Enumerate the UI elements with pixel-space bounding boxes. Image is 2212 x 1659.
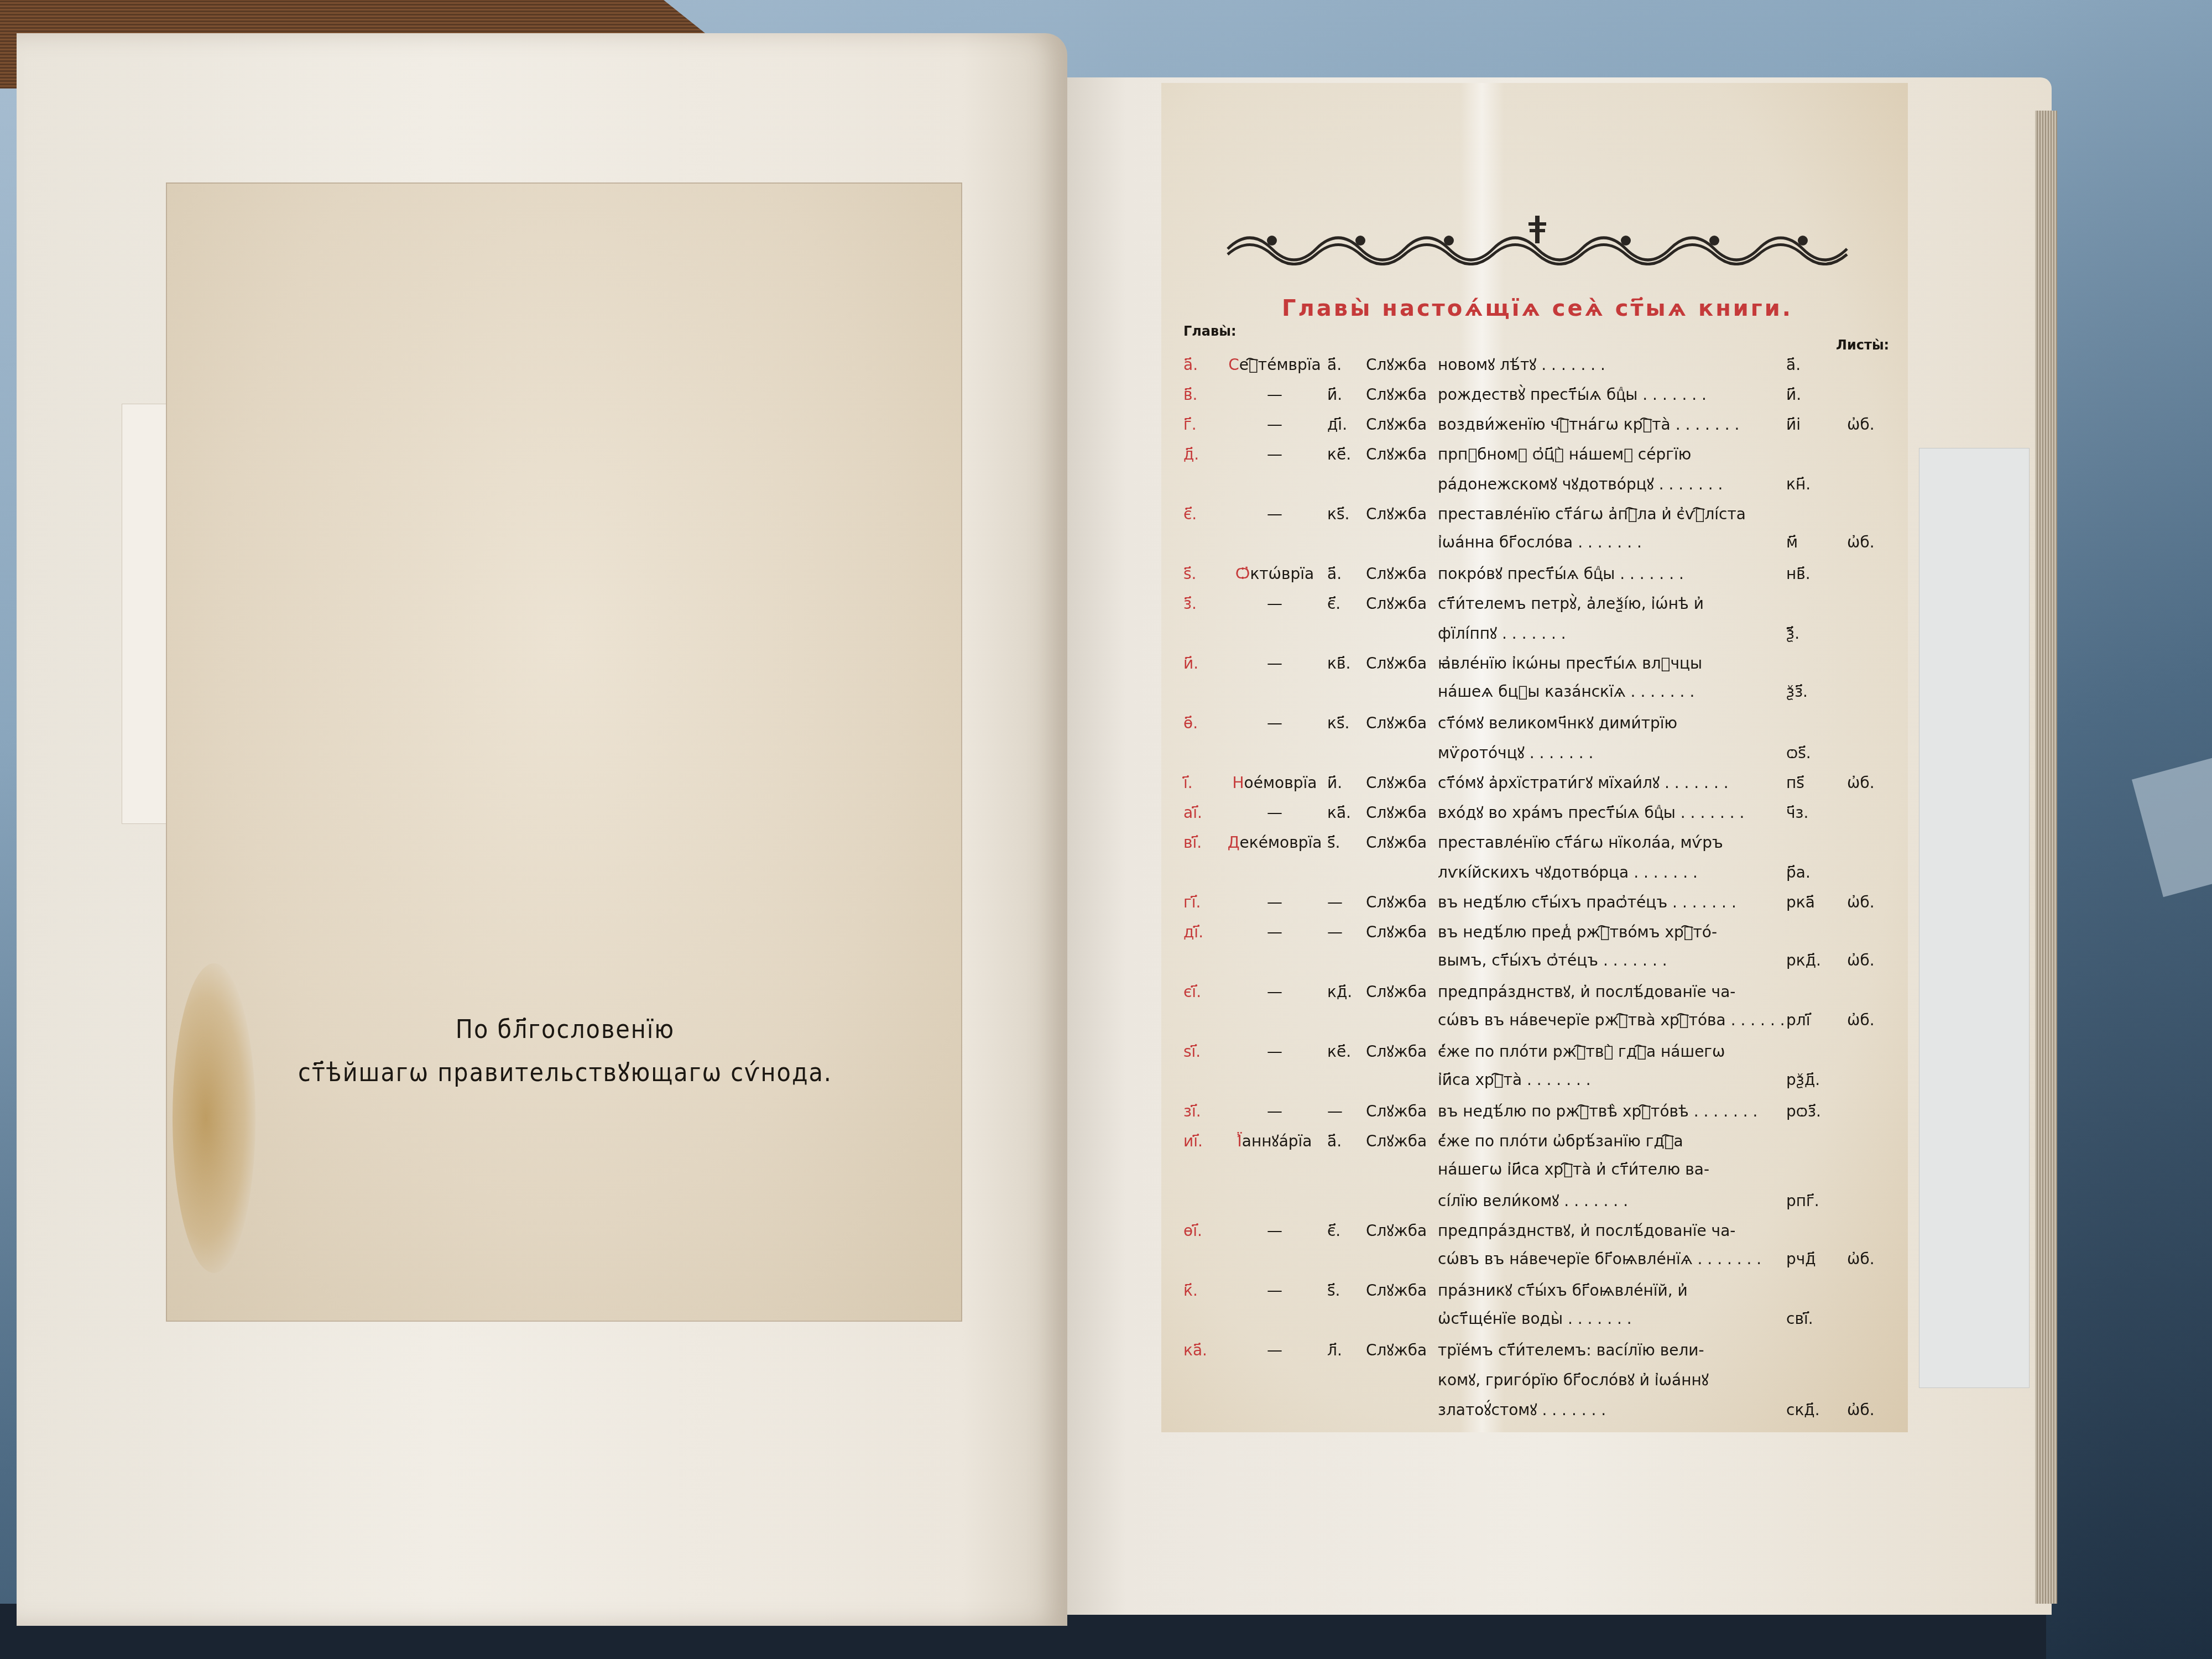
day-number: а҃. xyxy=(1327,1132,1366,1150)
service-title: покро́вꙋ прест҃ы́ѧ бцⷣы . . . . . . . xyxy=(1438,563,1786,584)
service-label: Слꙋжба xyxy=(1366,1130,1438,1151)
day-number: є҃. xyxy=(1327,594,1366,613)
toc-row: ѡ҆ст҃ще́нїе воды̀ . . . . . . . сві҃. xyxy=(1183,1310,1919,1339)
service-title: мѵ̈ροтόчцꙋ . . . . . . . xyxy=(1438,742,1786,763)
chapter-number: ка҃. xyxy=(1183,1341,1222,1359)
verso-mark: ѡ҆б. xyxy=(1847,774,1891,792)
service-title: ст҃и́телемъ петрꙋ̀, а҆леѯі́ю, і҆ѡ́нѣ и҆ xyxy=(1438,593,1786,614)
toc-row: і҆и҃са хрⷭ҇та̀ . . . . . . . рѯд҃. xyxy=(1183,1071,1919,1100)
service-label: Слꙋжба xyxy=(1366,1100,1438,1121)
service-label: Слꙋжба xyxy=(1366,802,1438,823)
service-title: є҆́же по пло́ти ѡ҆брѣ́занїю гдⷭ҇а xyxy=(1438,1132,1786,1150)
service-title: пра́зникꙋ ст҃ы́хъ бг҃оѩвле́нїй, и҆ xyxy=(1438,1280,1786,1301)
toc-row: сѡ́въ въ на́вечерїе ржⷭ҇тва̀ хрⷭ҇то́ва .… xyxy=(1183,1011,1919,1041)
month-name: — xyxy=(1222,983,1327,1001)
service-title: въ недѣ́лю по ржⷭ҇твѣ̀ хрⷭ҇то́вѣ . . . .… xyxy=(1438,1102,1786,1120)
month-name: — xyxy=(1222,654,1327,672)
service-label: Слꙋжба xyxy=(1366,503,1438,524)
month-name: — xyxy=(1222,1042,1327,1061)
service-title: на́шеѧ бцⷣы каза́нскїѧ . . . . . . . xyxy=(1438,682,1786,701)
service-title: комꙋ, григо́рїю бг҃осло́вꙋ и҆ і҆ѡа́ннꙋ xyxy=(1438,1369,1786,1390)
service-title: ꙗ҆вле́нїю і҆кѡ́ны прест҃ы́ѧ влⷣчцы xyxy=(1438,654,1786,672)
toc-row: єі҃. — кд҃. Слꙋжба предпра́зднствꙋ, и҆ п… xyxy=(1183,981,1919,1011)
service-title: фїлі́ппꙋ . . . . . . . xyxy=(1438,623,1786,644)
chapter-number: ѕ҃. xyxy=(1183,565,1222,583)
service-label: Слꙋжба xyxy=(1366,354,1438,375)
chapter-number: єі҃. xyxy=(1183,983,1222,1001)
repair-strip xyxy=(122,404,171,824)
chapter-number: иі҃. xyxy=(1183,1132,1222,1150)
leaf-number: рѯд҃. xyxy=(1786,1071,1847,1089)
month-name: — xyxy=(1222,505,1327,523)
leaf-number: кн҃. xyxy=(1786,475,1847,493)
toc-title: Главы̀ настоѧ́щїѧ сеѧ̀ ст҃ыѧ книги. xyxy=(1217,296,1858,321)
service-label: Слꙋжба xyxy=(1366,832,1438,853)
toc-row: зі҃. — — Слꙋжба въ недѣ́лю по ржⷭ҇твѣ̀ х… xyxy=(1183,1100,1919,1130)
leaf-number: ч҃з. xyxy=(1786,804,1847,822)
toc-row: фїлі́ппꙋ . . . . . . . ѯ҃. xyxy=(1183,623,1919,653)
headpiece-ornament-icon xyxy=(1217,216,1858,265)
month-name: Ное́моврїа xyxy=(1222,774,1327,792)
service-title: вхо́дꙋ во хра́мъ прест҃ы́ѧ бцⷣы . . . . … xyxy=(1438,802,1786,823)
month-name: — xyxy=(1222,714,1327,732)
toc-row: сі́лїю вели́комꙋ . . . . . . . рпг҃. xyxy=(1183,1190,1919,1220)
chapter-number: аі҃. xyxy=(1183,804,1222,822)
day-number: и҃. xyxy=(1327,385,1366,404)
verso-mark: ѡ҆б. xyxy=(1847,1401,1891,1419)
service-label: Слꙋжба xyxy=(1366,772,1438,793)
leaf-number: ѯз҃. xyxy=(1786,682,1847,701)
service-title: прпⷣбномꙋ ѻ҆ц҃ꙋ̀ на́шемꙋ се́ргїю xyxy=(1438,445,1786,463)
chapter-number: а҃. xyxy=(1183,356,1222,374)
service-title: въ недѣ́лю пред̾ ржⷭ҇тво́мъ хрⷭ҇то́- xyxy=(1438,923,1786,941)
verso-mark: ѡ҆б. xyxy=(1847,1011,1891,1029)
month-name: Ѻ҆ктѡ́врїа xyxy=(1222,565,1327,583)
month-name: — xyxy=(1222,415,1327,434)
chapter-number: ді҃. xyxy=(1183,923,1222,941)
toc-row: ѳ҃. — кѕ҃. Слꙋжба ст҃о́мꙋ великомч҃нкꙋ д… xyxy=(1183,712,1919,742)
service-label: Слꙋжба xyxy=(1366,593,1438,614)
service-label: Слꙋжба xyxy=(1366,891,1438,912)
service-title: на́шегѡ і҆и҃са хрⷭ҇та̀ и҆ ст҃и́телю ва- xyxy=(1438,1160,1786,1178)
chapter-number: д҃. xyxy=(1183,445,1222,463)
chapter-number: ѕі҃. xyxy=(1183,1042,1222,1061)
leaf-number: ѻѕ҃. xyxy=(1786,744,1847,762)
chapter-number: в҃. xyxy=(1183,385,1222,404)
toc-row: д҃. — ке҃. Слꙋжба прпⷣбномꙋ ѻ҆ц҃ꙋ̀ на́ше… xyxy=(1183,444,1919,473)
month-name: — xyxy=(1222,445,1327,463)
toc-row: ві҃. Деке́моврїа ѕ҃. Слꙋжба преставле́нї… xyxy=(1183,832,1919,862)
toc-row: і҆ѡа́нна бг҃осло́ва . . . . . . . м҃ ѡ҆б… xyxy=(1183,533,1919,563)
verso-mark: ѡ҆б. xyxy=(1847,893,1891,911)
day-number: ке҃. xyxy=(1327,1042,1366,1061)
service-label: Слꙋжба xyxy=(1366,563,1438,584)
service-title: воздви́женїю чⷭ҇тна́гѡ крⷭ҇та̀ . . . . .… xyxy=(1438,415,1786,434)
service-title: є҆́же по пло́ти ржⷭ҇твꙋ̀ гдⷭ҇а на́шегѡ xyxy=(1438,1042,1786,1061)
service-title: трїе́мъ ст҃и́телемъ: васі́лїю вели- xyxy=(1438,1341,1786,1359)
leaf-number: м҃ xyxy=(1786,533,1847,551)
day-number: кѕ҃. xyxy=(1327,505,1366,523)
toc-row: г҃. — дı҃. Слꙋжба воздви́женїю чⷭ҇тна́гѡ… xyxy=(1183,414,1919,444)
toc-row: і҃. Ное́моврїа и҃. Слꙋжба ст҃о́мꙋ а҆рхїс… xyxy=(1183,772,1919,802)
chapter-number: и҃. xyxy=(1183,654,1222,672)
verso-mark: ѡ҆б. xyxy=(1847,533,1891,551)
month-name: — xyxy=(1222,1102,1327,1120)
chapter-number: з҃. xyxy=(1183,594,1222,613)
day-number: л҃. xyxy=(1327,1341,1366,1359)
leaf-number: р҃а. xyxy=(1786,863,1847,881)
service-title: рождествꙋ̀ прест҃ы́ѧ бцⷣы . . . . . . . xyxy=(1438,384,1786,405)
chapters-column-header: Главы̀: xyxy=(1183,324,1237,339)
service-label: Слꙋжба xyxy=(1366,653,1438,674)
chapter-number: є҃. xyxy=(1183,505,1222,523)
toc-row: гі҃. — — Слꙋжба въ недѣ́лю ст҃ы́хъ праѻ҆… xyxy=(1183,891,1919,921)
toc-row: и҃. — кв҃. Слꙋжба ꙗ҆вле́нїю і҆кѡ́ны прес… xyxy=(1183,653,1919,682)
toc-row: комꙋ, григо́рїю бг҃осло́вꙋ и҆ і҆ѡа́ннꙋ xyxy=(1183,1369,1919,1399)
month-name: — xyxy=(1222,594,1327,613)
service-label: Слꙋжба xyxy=(1366,1220,1438,1241)
month-name: — xyxy=(1222,1222,1327,1240)
day-number: кв҃. xyxy=(1327,654,1366,672)
service-label: Слꙋжба xyxy=(1366,712,1438,733)
blessing-text: По бл҃гословенїю ст҃ѣйшагѡ правительствꙋ… xyxy=(167,1008,963,1094)
toc-row: ра́донежскомꙋ чꙋдотво́рцꙋ . . . . . . . … xyxy=(1183,473,1919,503)
day-number: ѕ҃. xyxy=(1327,833,1366,852)
leaves-column-header: Листы̀: xyxy=(1836,337,1889,353)
day-number: ке҃. xyxy=(1327,445,1366,463)
service-title: въ недѣ́лю ст҃ы́хъ праѻ҆те́цъ . . . . . … xyxy=(1438,893,1786,911)
leaf-number: и҃і xyxy=(1786,415,1847,434)
blessing-line-2: ст҃ѣйшагѡ правительствꙋющагѡ сѵ́нода. xyxy=(167,1051,963,1094)
service-title: і҆и҃са хрⷭ҇та̀ . . . . . . . xyxy=(1438,1071,1786,1089)
toc-row: а҃. Сеⷫ҇те́мврїа а҃. Слꙋжба новомꙋ лѣ́тꙋ… xyxy=(1183,354,1919,384)
service-label: Слꙋжба xyxy=(1366,1339,1438,1360)
chapter-number: к҃. xyxy=(1183,1281,1222,1300)
chapter-number: ѳі҃. xyxy=(1183,1222,1222,1240)
service-title: сѡ́въ въ на́вечерїе ржⷭ҇тва̀ хрⷭ҇то́ва .… xyxy=(1438,1011,1786,1029)
toc-row: златоꙋ́стомꙋ . . . . . . . скд҃. ѡ҆б. xyxy=(1183,1399,1919,1429)
month-name: — xyxy=(1222,1281,1327,1300)
month-name: Деке́моврїа xyxy=(1222,833,1327,852)
service-title: преставле́нїю ст҃а́гѡ нїкола́а, мѵ́ръ xyxy=(1438,833,1786,852)
leaf-number: а҃. xyxy=(1786,356,1847,374)
service-title: ст҃о́мꙋ а҆рхїстрати́гꙋ мїхаи́лꙋ . . . . … xyxy=(1438,772,1786,793)
service-title: новомꙋ лѣ́тꙋ . . . . . . . xyxy=(1438,354,1786,375)
day-number: кд҃. xyxy=(1327,983,1366,1001)
toc-row: к҃. — ѕ҃. Слꙋжба пра́зникꙋ ст҃ы́хъ бг҃оѩ… xyxy=(1183,1280,1919,1310)
day-number: — xyxy=(1327,1102,1366,1120)
leaf-number: рлі҃ xyxy=(1786,1011,1847,1029)
leaf-number: рчд҃ xyxy=(1786,1250,1847,1268)
service-label: Слꙋжба xyxy=(1366,1041,1438,1062)
repair-tab xyxy=(1919,448,2030,1388)
leaf-number: ркд҃. xyxy=(1786,951,1847,969)
toc-row: лѵкі́йскихъ чꙋдотво́рца . . . . . . . р҃… xyxy=(1183,862,1919,891)
service-title: сѡ́въ въ на́вечерїе бг҃оѩвле́нїѧ . . . .… xyxy=(1438,1250,1786,1268)
service-label: Слꙋжба xyxy=(1366,414,1438,435)
service-label: Слꙋжба xyxy=(1366,981,1438,1002)
service-title: лѵкі́йскихъ чꙋдотво́рца . . . . . . . xyxy=(1438,862,1786,883)
day-number: — xyxy=(1327,893,1366,911)
service-title: предпра́зднствꙋ, и҆ послѣ́дованїе ча- xyxy=(1438,1220,1786,1241)
leaf-number: сві҃. xyxy=(1786,1310,1847,1328)
month-name: Ї҆аннꙋа́рїа xyxy=(1222,1130,1327,1151)
day-number: ка҃. xyxy=(1327,804,1366,822)
verso-mark: ѡ҆б. xyxy=(1847,415,1891,434)
month-name: Сеⷫ҇те́мврїа xyxy=(1222,356,1327,374)
toc-row: ді҃. — — Слꙋжба въ недѣ́лю пред̾ ржⷭ҇тво… xyxy=(1183,921,1919,951)
toc-row: иі҃. Ї҆аннꙋа́рїа а҃. Слꙋжба є҆́же по пло… xyxy=(1183,1130,1919,1160)
month-name: — xyxy=(1222,893,1327,911)
service-title: ст҃о́мꙋ великомч҃нкꙋ дими́трїю xyxy=(1438,712,1786,733)
day-number: дı҃. xyxy=(1327,415,1366,434)
chapter-number: ві҃. xyxy=(1183,833,1222,852)
day-number: — xyxy=(1327,923,1366,941)
day-number: ѕ҃. xyxy=(1327,1281,1366,1300)
toc-row: з҃. — є҃. Слꙋжба ст҃и́телемъ петрꙋ̀, а҆л… xyxy=(1183,593,1919,623)
toc-row: аі҃. — ка҃. Слꙋжба вхо́дꙋ во хра́мъ прес… xyxy=(1183,802,1919,832)
chapter-number: і҃. xyxy=(1183,774,1222,792)
chapter-number: гі҃. xyxy=(1183,893,1222,911)
day-number: а҃. xyxy=(1327,565,1366,583)
toc-row: ѳі҃. — є҃. Слꙋжба предпра́зднствꙋ, и҆ по… xyxy=(1183,1220,1919,1250)
service-title: ра́донежскомꙋ чꙋдотво́рцꙋ . . . . . . . xyxy=(1438,473,1786,494)
toc-row: вымъ, ст҃ы́хъ ѻ҆те́цъ . . . . . . . ркд҃… xyxy=(1183,951,1919,981)
leaf-number: пѕ҃ xyxy=(1786,774,1847,792)
month-name: — xyxy=(1222,385,1327,404)
service-title: і҆ѡа́нна бг҃осло́ва . . . . . . . xyxy=(1438,533,1786,551)
leaf-number: нв҃. xyxy=(1786,565,1847,583)
leaf-number: рка҃ xyxy=(1786,893,1847,911)
service-label: Слꙋжба xyxy=(1366,444,1438,465)
verso-mark: ѡ҆б. xyxy=(1847,1250,1891,1268)
service-title: ѡ҆ст҃ще́нїе воды̀ . . . . . . . xyxy=(1438,1310,1786,1328)
toc-row: є҃. — кѕ҃. Слꙋжба преставле́нїю ст҃а́гѡ … xyxy=(1183,503,1919,533)
day-number: а҃. xyxy=(1327,356,1366,374)
chapter-number: ѳ҃. xyxy=(1183,714,1222,732)
toc-row: ѕ҃. Ѻ҆ктѡ́врїа а҃. Слꙋжба покро́вꙋ прест… xyxy=(1183,563,1919,593)
leaf-number: рпг҃. xyxy=(1786,1192,1847,1210)
toc-row: в҃. — и҃. Слꙋжба рождествꙋ̀ прест҃ы́ѧ бц… xyxy=(1183,384,1919,414)
chapter-number: зі҃. xyxy=(1183,1102,1222,1120)
leaf-number: рѻз҃. xyxy=(1786,1102,1847,1120)
service-title: вымъ, ст҃ы́хъ ѻ҆те́цъ . . . . . . . xyxy=(1438,951,1786,969)
toc-row: сѡ́въ въ на́вечерїе бг҃оѩвле́нїѧ . . . .… xyxy=(1183,1250,1919,1280)
leaf-number: и҃. xyxy=(1786,385,1847,404)
table-of-contents: а҃. Сеⷫ҇те́мврїа а҃. Слꙋжба новомꙋ лѣ́тꙋ… xyxy=(1183,354,1919,1429)
month-name: — xyxy=(1222,1341,1327,1359)
day-number: є҃. xyxy=(1327,1222,1366,1240)
service-title: предпра́зднствꙋ, и҆ послѣ́дованїе ча- xyxy=(1438,981,1786,1002)
month-name: — xyxy=(1222,923,1327,941)
toc-row: ка҃. — л҃. Слꙋжба трїе́мъ ст҃и́телемъ: в… xyxy=(1183,1339,1919,1369)
month-name: — xyxy=(1222,804,1327,822)
loose-paper xyxy=(2132,751,2212,897)
service-label: Слꙋжба xyxy=(1366,921,1438,942)
service-title: златоꙋ́стомꙋ . . . . . . . xyxy=(1438,1399,1786,1420)
leaf-number: скд҃. xyxy=(1786,1401,1847,1419)
toc-row: мѵ̈ροтόчцꙋ . . . . . . . ѻѕ҃. xyxy=(1183,742,1919,772)
leaf-number: ѯ҃. xyxy=(1786,624,1847,643)
service-title: преставле́нїю ст҃а́гѡ а҆пⷭ҇ла и҆ є҆ѵⷢ҇лі… xyxy=(1438,505,1786,523)
chapter-number: г҃. xyxy=(1183,415,1222,434)
toc-row: на́шеѧ бцⷣы каза́нскїѧ . . . . . . . ѯз҃… xyxy=(1183,682,1919,712)
left-page-insert: По бл҃гословенїю ст҃ѣйшагѡ правительствꙋ… xyxy=(166,182,962,1322)
day-number: и҃. xyxy=(1327,774,1366,792)
service-title: сі́лїю вели́комꙋ . . . . . . . xyxy=(1438,1190,1786,1211)
verso-mark: ѡ҆б. xyxy=(1847,951,1891,969)
toc-row: на́шегѡ і҆и҃са хрⷭ҇та̀ и҆ ст҃и́телю ва- xyxy=(1183,1160,1919,1190)
service-label: Слꙋжба xyxy=(1366,1280,1438,1301)
day-number: кѕ҃. xyxy=(1327,714,1366,732)
service-label: Слꙋжба xyxy=(1366,384,1438,405)
blessing-line-1: По бл҃гословенїю xyxy=(167,1008,963,1051)
toc-row: ѕі҃. — ке҃. Слꙋжба є҆́же по пло́ти ржⷭ҇т… xyxy=(1183,1041,1919,1071)
page-edges xyxy=(2035,111,2057,1604)
